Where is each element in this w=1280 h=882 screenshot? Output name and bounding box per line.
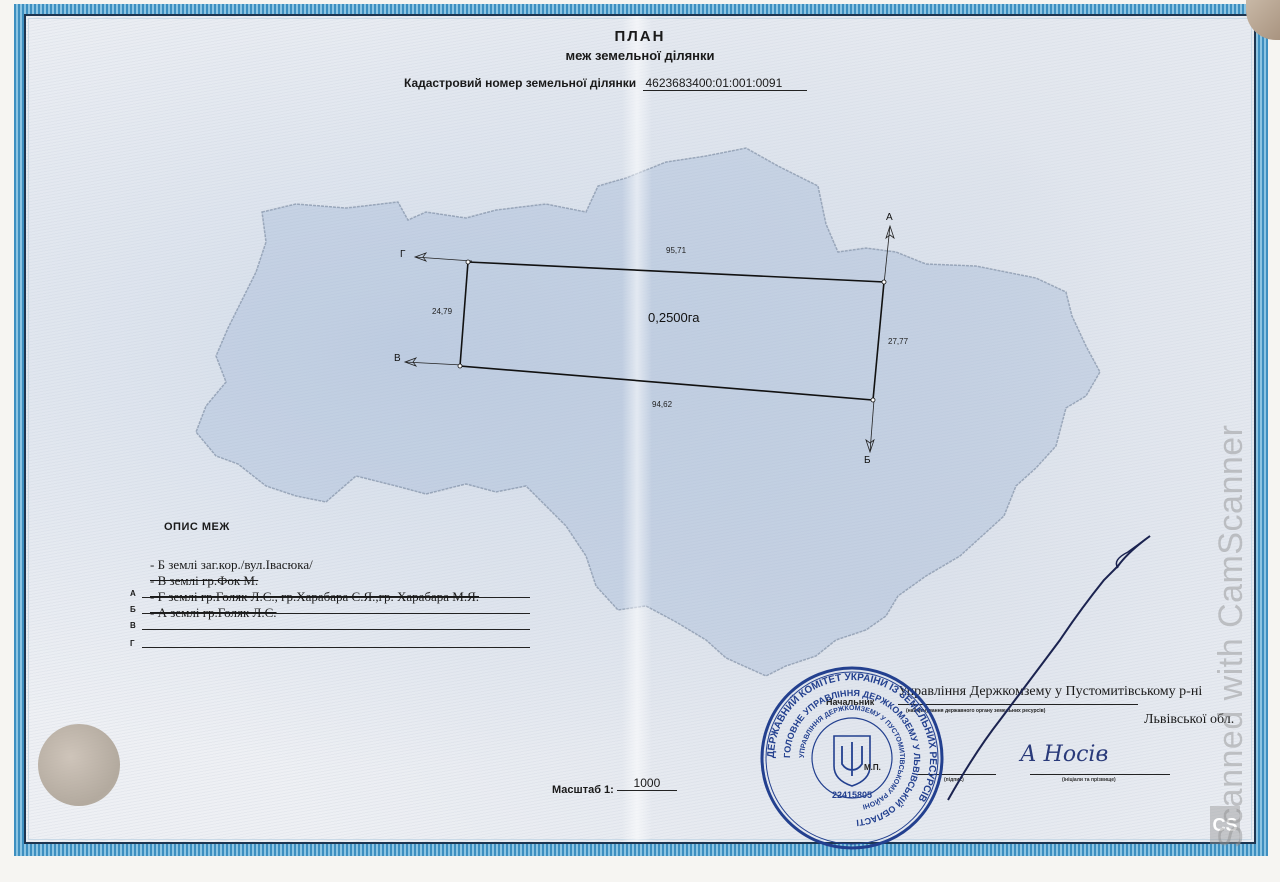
borders-section-title: ОПИС МЕЖ [164, 521, 230, 533]
border-row: В - А землі гр.Голяк Л.С. [130, 614, 530, 630]
scale-row: Масштаб 1: 1000 [552, 782, 677, 797]
plot-area: 0,2500га [648, 310, 699, 325]
border-point-letter: Г [130, 639, 135, 648]
camscanner-watermark: Scanned with CamScanner [1212, 424, 1251, 848]
border-point-letter: Б [130, 605, 136, 614]
plot-boundary [460, 262, 884, 400]
border-description: - Г землі гр.Голяк Л.С., гр.Харабара С.Я… [150, 589, 479, 605]
point-label-a: А [886, 212, 893, 223]
border-row: Г [130, 632, 530, 648]
side-length-top: 95,71 [666, 246, 686, 255]
name-caption: (ініціали та прізвище) [1062, 777, 1116, 783]
point-label-b: Б [864, 455, 871, 466]
border-description: - Б землі заг.кор./вул.Івасюка/ [150, 557, 313, 573]
official-stamp: ДЕРЖАВНИЙ КОМІТЕТ УКРАЇНИ ІЗ ЗЕМЕЛЬНИХ Р… [752, 658, 962, 858]
point-label-g: Г [400, 249, 405, 260]
border-description: - А землі гр.Голяк Л.С. [150, 605, 277, 621]
handwritten-name: А Носів [1020, 742, 1108, 767]
border-point-letter: В [130, 621, 136, 630]
side-length-left: 24,79 [432, 307, 452, 316]
stamp-code: 22415805 [832, 790, 872, 800]
embossed-seal [38, 724, 120, 806]
border-point-letter: А [130, 589, 136, 598]
border-description: - В землі гр.Фок М. [150, 573, 258, 589]
scale-value: 1000 [617, 776, 677, 791]
scale-label: Масштаб 1: [552, 784, 614, 796]
stamp-mark: М.П. [864, 763, 881, 772]
side-length-right: 27,77 [888, 337, 908, 346]
side-length-bottom: 94,62 [652, 400, 672, 409]
point-label-v: В [394, 353, 401, 364]
